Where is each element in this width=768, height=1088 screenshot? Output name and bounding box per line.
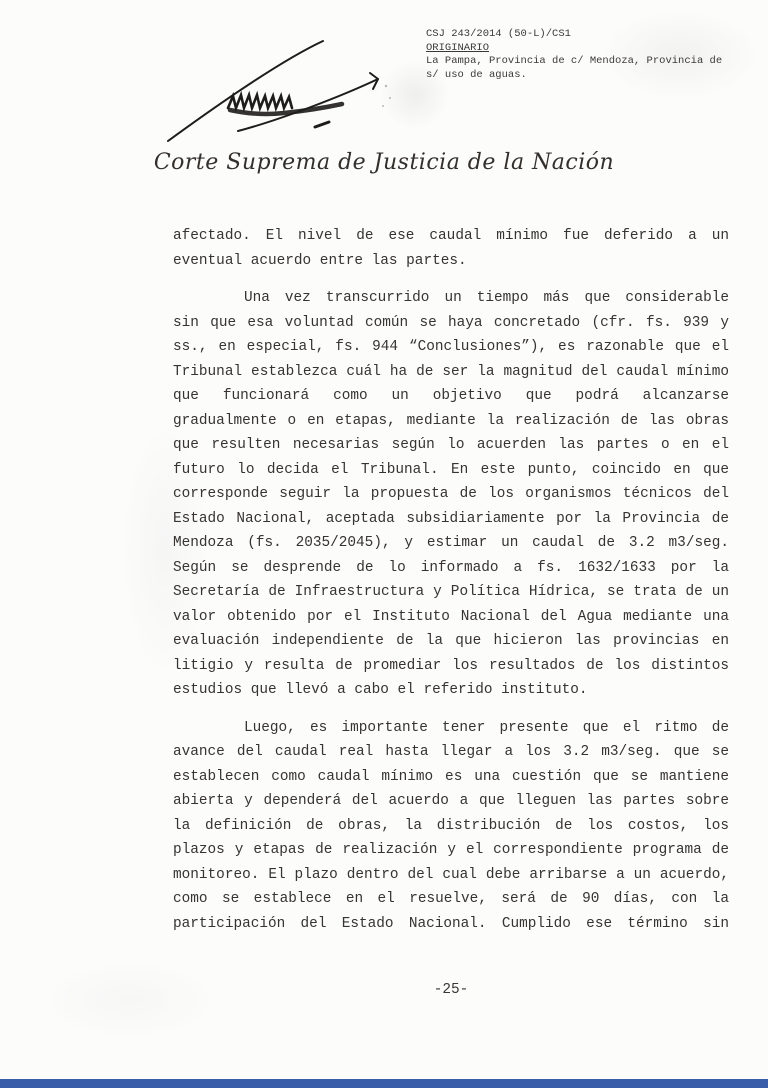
body-line: monitoreo. El plazo dentro del cual debe… xyxy=(173,863,729,888)
body-line: Secretaría de Infraestructura y Política… xyxy=(173,580,729,605)
body-line: Mendoza (fs. 2035/2045), y estimar un ca… xyxy=(173,531,729,556)
paragraph: afectado. El nivel de ese caudal mínimo … xyxy=(173,224,729,273)
document-page: CSJ 243/2014 (50-L)/CS1 ORIGINARIO La Pa… xyxy=(0,0,768,1088)
body-line: como se establece en el resuelve, será d… xyxy=(173,887,729,912)
case-caption-line-1: La Pampa, Provincia de c/ Mendoza, Provi… xyxy=(426,55,722,69)
body-line: valor obtenido por el Instituto Nacional… xyxy=(173,605,729,630)
body-line: gradualmente o en etapas, mediante la re… xyxy=(173,409,729,434)
body-line: participación del Estado Nacional. Cumpl… xyxy=(173,912,729,937)
docket-type: ORIGINARIO xyxy=(426,42,722,56)
body-line: plazos y etapas de realización y el corr… xyxy=(173,838,729,863)
body-line: Tribunal establezca cuál ha de ser la ma… xyxy=(173,360,729,385)
body-line: litigio y resulta de promediar los resul… xyxy=(173,654,729,679)
body-line: estudios que llevó a cabo el referido in… xyxy=(173,678,729,703)
body-line: afectado. El nivel de ese caudal mínimo … xyxy=(173,224,729,249)
body-line: la definición de obras, la distribución … xyxy=(173,814,729,839)
body-line: corresponde seguir la propuesta de los o… xyxy=(173,482,729,507)
page-number: -25- xyxy=(173,982,729,998)
footer-bar xyxy=(0,1079,768,1088)
paragraph: Luego, es importante tener presente que … xyxy=(173,716,729,937)
court-name: Corte Suprema de Justicia de la Nación xyxy=(0,150,768,175)
case-caption-line-2: s/ uso de aguas. xyxy=(426,69,722,83)
body-line: Una vez transcurrido un tiempo más que c… xyxy=(173,286,729,311)
body-text: afectado. El nivel de ese caudal mínimo … xyxy=(173,224,729,936)
paragraph: Una vez transcurrido un tiempo más que c… xyxy=(173,286,729,703)
body-line: sin que esa voluntad común se haya concr… xyxy=(173,311,729,336)
body-line: que funcionará como un objetivo que podr… xyxy=(173,384,729,409)
body-line: Luego, es importante tener presente que … xyxy=(173,716,729,741)
body-line: avance del caudal real hasta llegar a lo… xyxy=(173,740,729,765)
body-line: futuro lo decida el Tribunal. En este pu… xyxy=(173,458,729,483)
scan-smudge xyxy=(40,960,220,1040)
body-line: eventual acuerdo entre las partes. xyxy=(173,249,729,274)
body-line: que resulten necesarias según lo acuerde… xyxy=(173,433,729,458)
body-line: ss., en especial, fs. 944 “Conclusiones”… xyxy=(173,335,729,360)
case-header: CSJ 243/2014 (50-L)/CS1 ORIGINARIO La Pa… xyxy=(426,28,722,82)
body-line: establecen como caudal mínimo es una cue… xyxy=(173,765,729,790)
case-number: CSJ 243/2014 (50-L)/CS1 xyxy=(426,28,722,42)
body-line: evaluación independiente de la que hicie… xyxy=(173,629,729,654)
body-line: abierta y dependerá del acuerdo a que ll… xyxy=(173,789,729,814)
body-line: Estado Nacional, aceptada subsidiariamen… xyxy=(173,507,729,532)
body-line: Según se desprende de lo informado a fs.… xyxy=(173,556,729,581)
signature-icon xyxy=(110,34,395,152)
